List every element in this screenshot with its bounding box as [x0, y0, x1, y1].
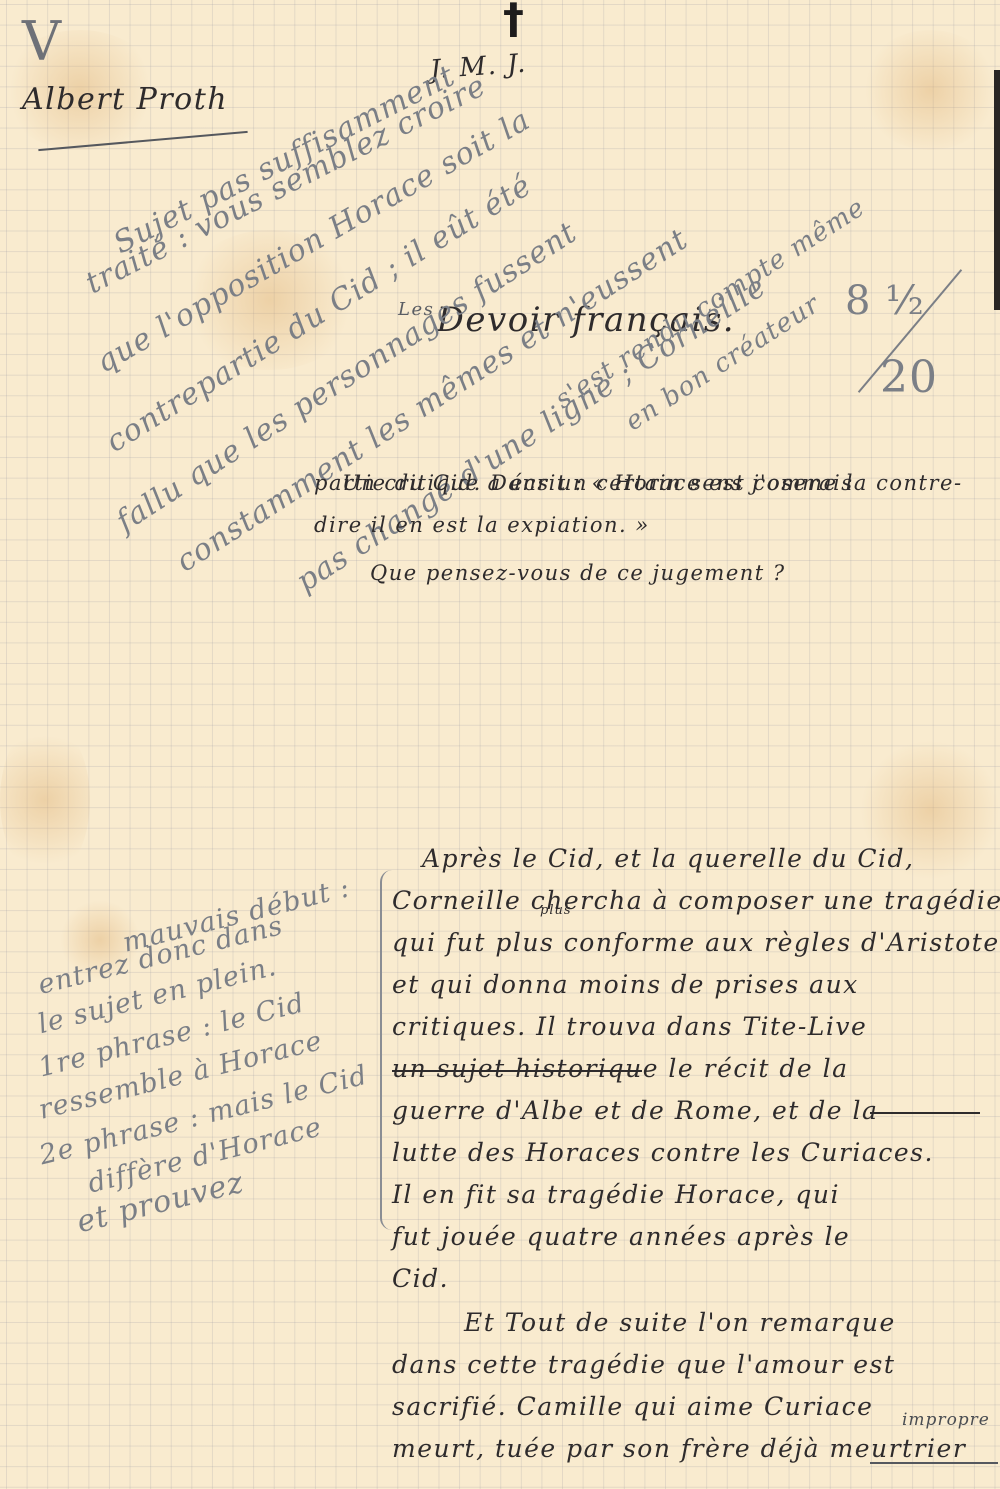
essay-line: dans cette tragédie que l'amour est	[392, 1344, 1000, 1386]
prompt-line: dire il en est la expiation. »	[314, 504, 854, 546]
grade-denominator: 20	[880, 352, 938, 403]
strikethrough-de-la	[870, 1112, 980, 1114]
essay-line: et qui donna moins de prises aux	[392, 964, 1000, 1006]
essay-prompt: Un critique a écrit : « Horace est comme…	[342, 462, 882, 588]
grade-numerator: 8 ½	[845, 278, 925, 324]
student-name: Albert Proth	[22, 82, 228, 117]
correction-impropre: impropre	[902, 1410, 990, 1430]
impropre-underline	[870, 1462, 998, 1464]
insertion-plus: plus	[540, 903, 572, 918]
roman-numeral: V	[22, 10, 62, 73]
essay-line: Il en fit sa tragédie Horace, qui	[392, 1174, 1000, 1216]
prompt-question: Que pensez-vous de ce jugement ?	[370, 552, 910, 594]
essay-line: Cid.	[392, 1258, 1000, 1302]
essay-line: lutte des Horaces contre les Curiaces.	[392, 1132, 1000, 1174]
page-edge-shadow	[994, 70, 1000, 310]
essay-line: Et Tout de suite l'on remarque	[464, 1302, 1000, 1344]
stain	[860, 30, 1000, 150]
margin-bracket	[380, 870, 392, 1230]
essay-line: Corneille chercha à composer une tragédi…	[392, 880, 1000, 922]
essay-line: Après le Cid, et la querelle du Cid,	[422, 838, 1000, 880]
cross-symbol: †	[503, 0, 524, 43]
strikethrough-historique	[392, 1070, 642, 1072]
essay-line: fut jouée quatre années après le	[392, 1216, 1000, 1258]
prompt-line: partie du Cid. Dans un certain sens j'os…	[314, 462, 854, 504]
essay-line: critiques. Il trouva dans Tite-Live	[392, 1006, 1000, 1048]
essay-body: Après le Cid, et la querelle du Cid, Cor…	[392, 838, 1000, 1470]
essay-line: un sujet historique le récit de la	[392, 1048, 1000, 1090]
essay-line: guerre d'Albe et de Rome, et de la	[392, 1090, 1000, 1132]
stain	[0, 720, 90, 880]
essay-line: qui fut plus conforme aux règles d'Arist…	[392, 922, 1000, 964]
